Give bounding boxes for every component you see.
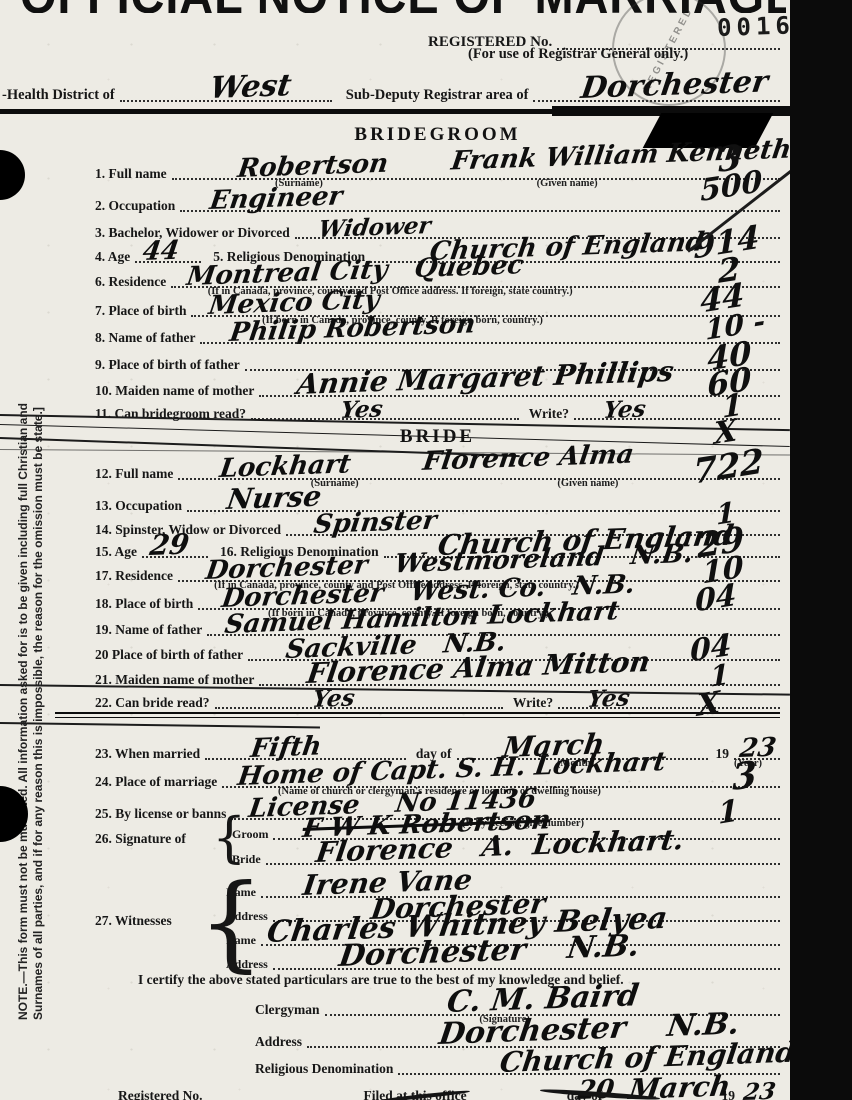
handwritten-value: Spinster — [312, 508, 438, 538]
field-line: Nurse — [187, 490, 780, 512]
givenname-sublabel: (Given name) — [557, 479, 618, 490]
witness-address-label: Address — [226, 910, 273, 922]
footer-registered-label: Registered No. — [118, 1089, 207, 1100]
filed-year-value: 23 — [742, 1080, 777, 1100]
field-label: 9. Place of birth of father — [95, 358, 245, 372]
handwritten-value: Fifth — [249, 733, 323, 762]
field-line: Robertson Frank William Kenneth (Surname… — [172, 158, 780, 180]
field-row-witness2-address: Address Dorchester N.B. — [226, 950, 780, 970]
field-label: Write? — [519, 407, 574, 421]
field-label: 13. Occupation — [95, 499, 187, 513]
sub-deputy-label: Sub-Deputy Registrar area of — [332, 88, 534, 103]
clergyman-label: Clergyman — [255, 1003, 325, 1017]
margin-note-line2: Surnames of all parties, and if for any … — [31, 140, 46, 1020]
field-line: Lockhart Florence Alma (Surname) (Given … — [178, 458, 780, 480]
field-label: 18. Place of birth — [95, 597, 198, 611]
handwritten-value: Yes — [602, 397, 647, 422]
field-label: 25. By license or banns — [95, 807, 231, 821]
field-label: 3. Bachelor, Widower or Divorced — [95, 226, 295, 240]
field-label: Write? — [503, 696, 558, 710]
scan-edge-band — [790, 0, 852, 1100]
field-line: Annie Margaret Phillips — [259, 375, 780, 397]
scanned-marriage-notice: OFFICIAL NOTICE OF MARRIAGE REGISTERED N… — [0, 0, 852, 1100]
field-label: 19. Name of father — [95, 623, 207, 637]
field-row-bride-signature: Bride Florence A. Lockhart. — [232, 845, 780, 865]
field-row-groom-father: 8. Name of father Philip Robertson — [95, 324, 780, 344]
health-district-line: West — [120, 80, 332, 102]
field-row-place-of-marriage: 24. Place of marriage Home of Capt. S. H… — [95, 768, 780, 788]
field-line: Yes — [574, 398, 780, 420]
clergyman-religion-label: Religious Denomination — [255, 1062, 398, 1076]
handwritten-value: Yes — [339, 397, 384, 422]
field-label: 24. Place of marriage — [95, 775, 222, 789]
health-district-label: -Health District of — [2, 88, 120, 103]
margin-number: X — [697, 688, 721, 722]
field-label: 10. Maiden name of mother — [95, 384, 259, 398]
sub-deputy-value: Dorchester — [579, 67, 770, 104]
health-district-value: West — [208, 71, 293, 104]
registrar-only-note: (For use of Registrar General only.) — [468, 46, 688, 63]
witness-address-value: Dorchester N.B. — [337, 931, 641, 972]
handwritten-value: Philip Robertson — [228, 311, 477, 346]
handwritten-value: Yes — [586, 686, 631, 711]
field-label: 8. Name of father — [95, 331, 200, 345]
witness-address-label: Address — [226, 958, 273, 970]
field-row-groom-fullname: 1. Full name Robertson Frank William Ken… — [95, 160, 780, 180]
field-label: 12. Full name — [95, 467, 178, 481]
scratch-line — [0, 722, 320, 728]
field-label: 21. Maiden name of mother — [95, 673, 259, 687]
field-line — [207, 1080, 355, 1100]
signature-of-label: 26. Signature of — [95, 831, 186, 847]
field-label: 7. Place of birth — [95, 304, 191, 318]
handwritten-value: Nurse — [225, 483, 323, 514]
handwritten-value: 44 — [141, 238, 181, 265]
witness-name-label: Name — [226, 886, 261, 898]
field-line: Dorchester N.B. — [273, 948, 780, 970]
margin-note: NOTE.—This form must not be mutilated. A… — [16, 140, 46, 1020]
handwritten-value: Engineer — [208, 183, 344, 214]
field-label: 17. Residence — [95, 569, 178, 583]
field-line: Yes — [251, 398, 519, 420]
field-label: 1. Full name — [95, 167, 172, 181]
field-row-bride-fullname: 12. Full name Lockhart Florence Alma (Su… — [95, 460, 780, 480]
groom-signature-label: Groom — [232, 828, 273, 840]
field-line: Engineer — [180, 190, 780, 212]
bride-heading: BRIDE — [95, 426, 780, 448]
margin-number: 04 — [695, 581, 737, 618]
section-divider-rule — [55, 717, 780, 718]
field-label: 4. Age — [95, 250, 135, 264]
field-line: Florence A. Lockhart. — [266, 843, 780, 865]
section-divider-rule — [55, 712, 780, 714]
sub-deputy-line: Dorchester — [533, 80, 780, 102]
field-line: 29 — [142, 536, 208, 558]
field-line: Mexico City (If born in Canada, province… — [191, 295, 780, 317]
field-row-groom-residence: 6. Residence Montreal City Quebec (If in… — [95, 268, 780, 288]
field-line: Montreal City Quebec (If in Canada, prov… — [171, 266, 780, 288]
clergyman-address-label: Address — [255, 1035, 307, 1049]
field-row-groom-mother: 10. Maiden name of mother Annie Margaret… — [95, 377, 780, 397]
handwritten-value: Widower — [317, 214, 432, 241]
margin-number: 722 — [693, 444, 764, 489]
field-row-bride-mother: 21. Maiden name of mother Florence Alma … — [95, 666, 780, 686]
margin-number: 3 — [732, 756, 757, 796]
field-label: 15. Age — [95, 545, 142, 559]
field-row-groom-occupation: 2. Occupation Engineer — [95, 192, 780, 212]
field-label: 2. Occupation — [95, 199, 180, 213]
field-line: 44 — [135, 241, 201, 263]
margin-note-line1: NOTE.—This form must not be mutilated. A… — [16, 140, 31, 1020]
year-prefix: 19 — [708, 747, 735, 761]
witness-name-label: Name — [226, 934, 261, 946]
field-label: 20 Place of birth of father — [95, 648, 248, 662]
field-line: 23 — [740, 1080, 780, 1100]
givenname-sublabel: (Given name) — [537, 179, 598, 190]
handwritten-value: 29 — [148, 530, 191, 560]
field-label: 23. When married — [95, 747, 205, 761]
witnesses-label: 27. Witnesses — [95, 913, 172, 929]
field-line: Philip Robertson — [200, 322, 780, 344]
district-row: -Health District of West Sub-Deputy Regi… — [2, 82, 780, 102]
margin-number: 1 — [718, 796, 739, 830]
field-label: 22. Can bride read? — [95, 696, 215, 710]
field-label: 6. Residence — [95, 275, 171, 289]
